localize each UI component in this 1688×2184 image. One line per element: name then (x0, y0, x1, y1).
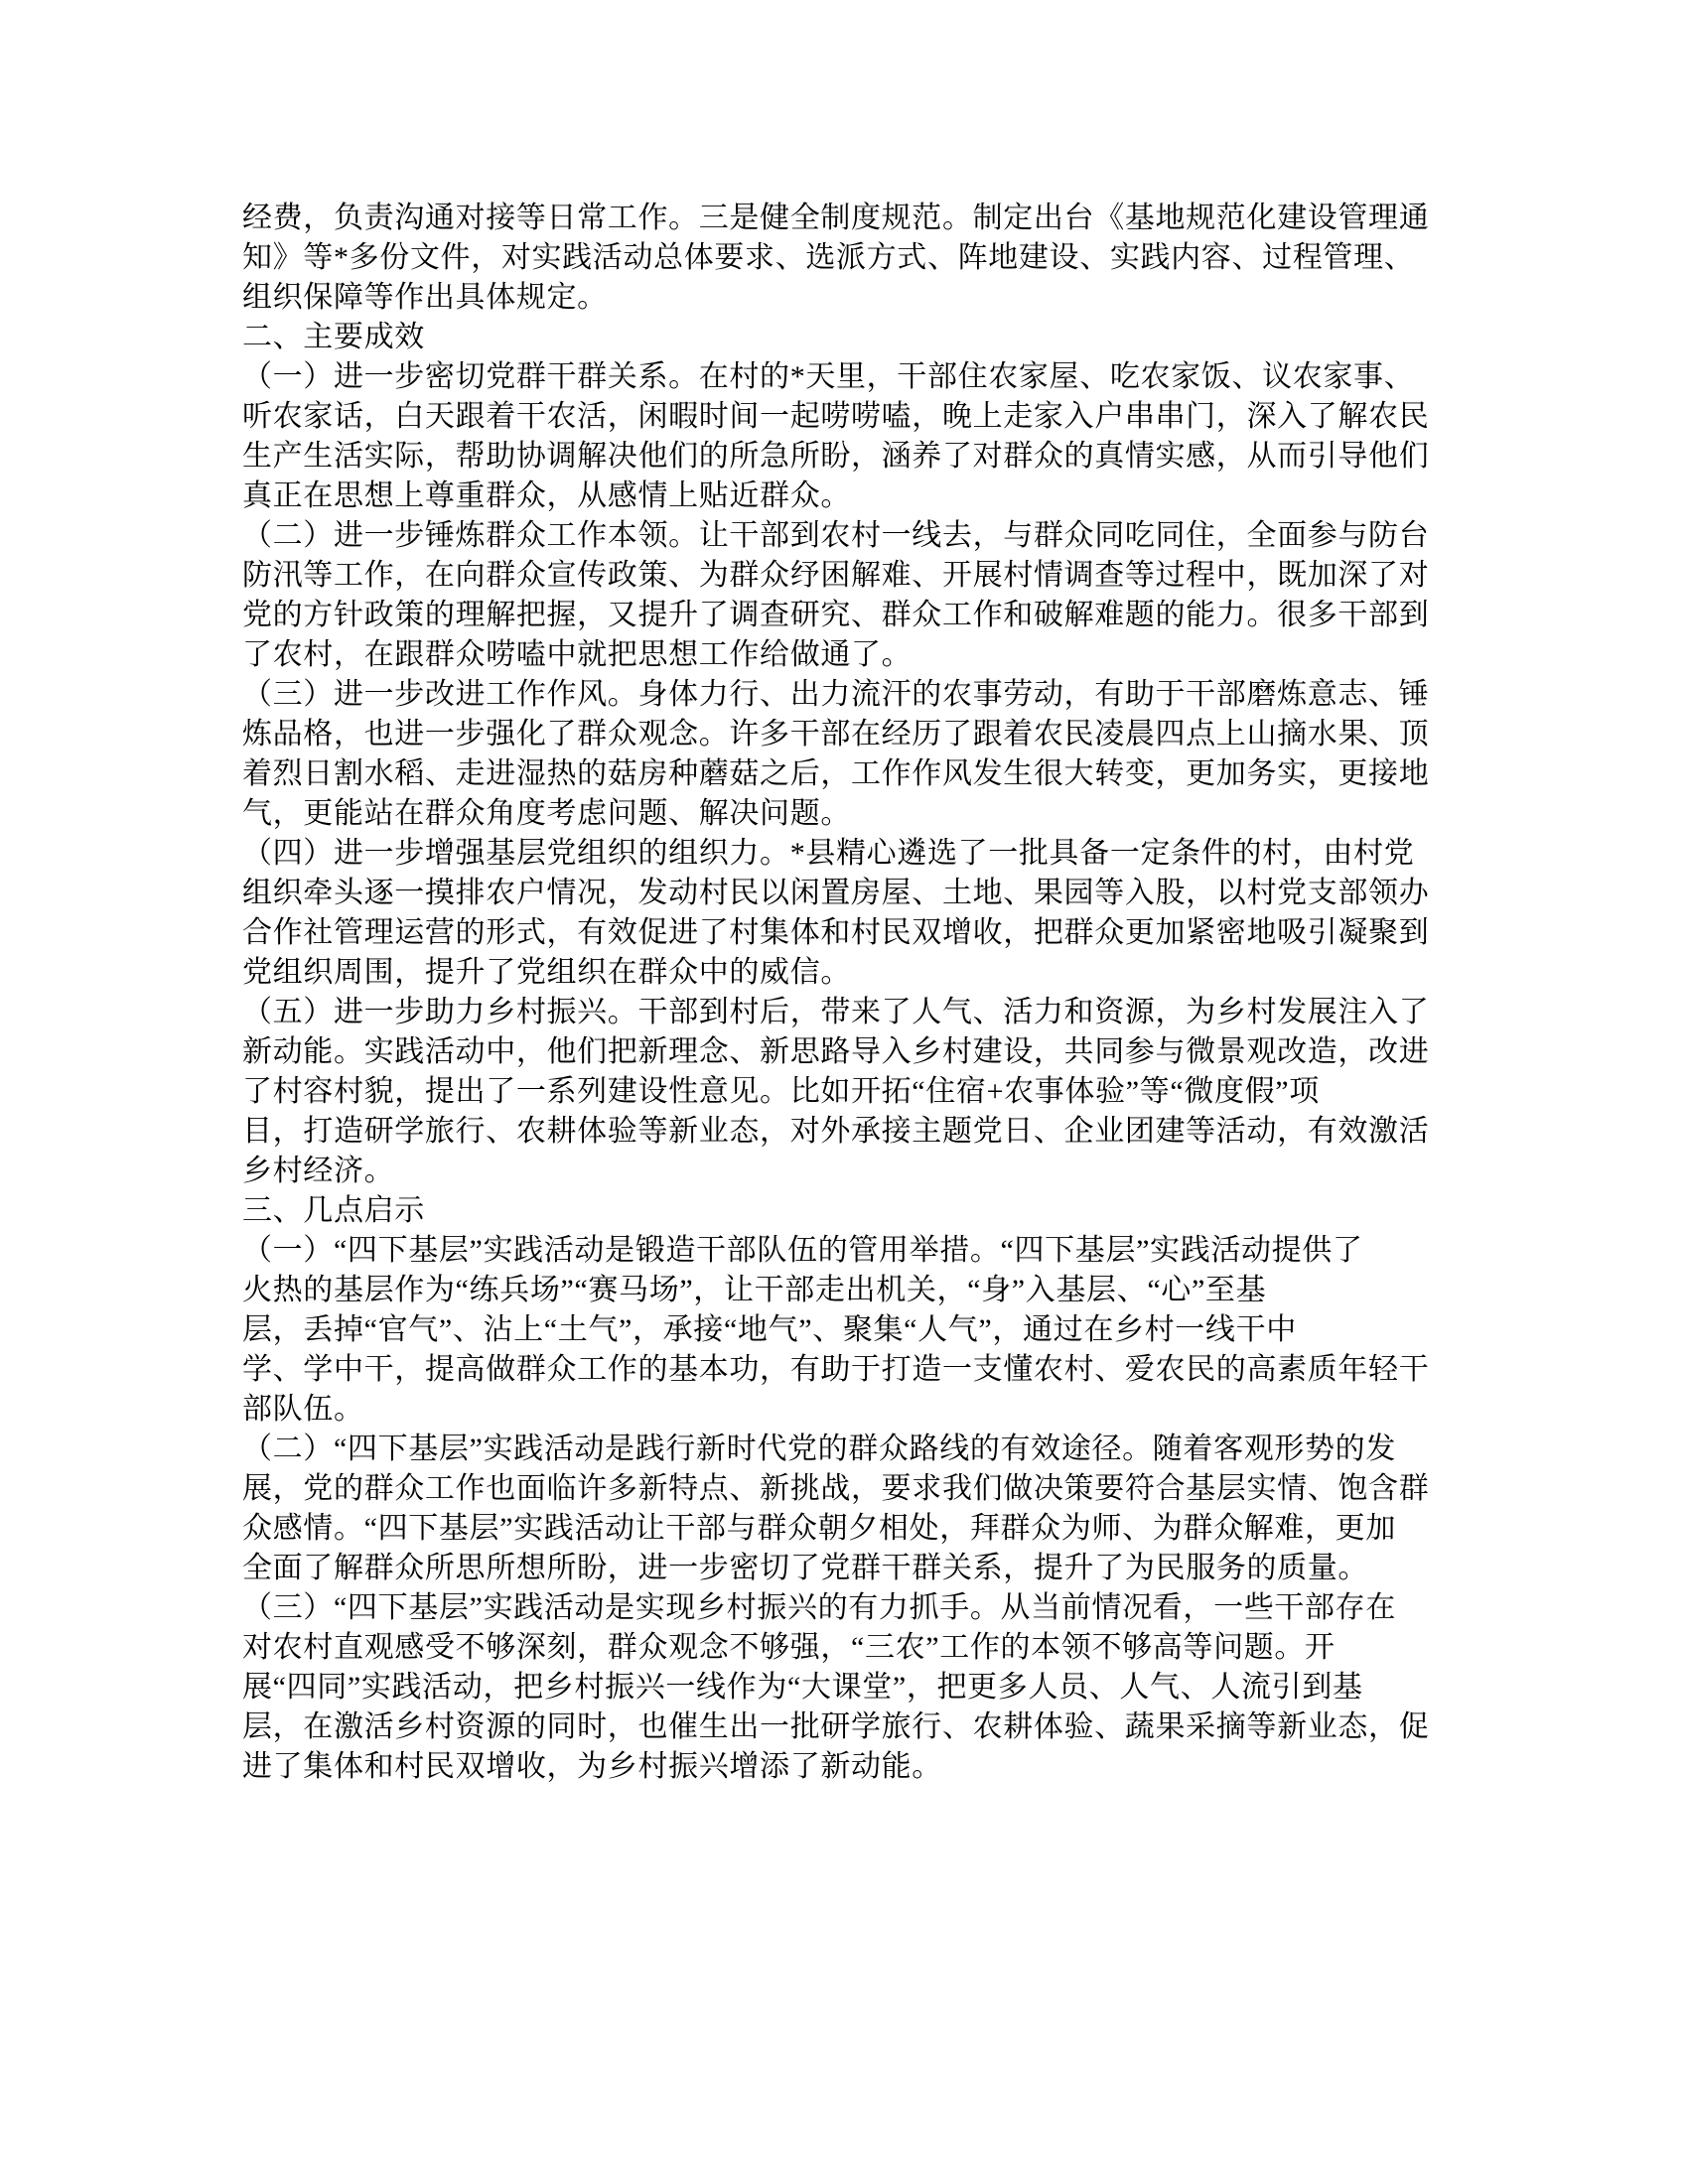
document-line: 部队伍。 (242, 1390, 1454, 1430)
document-line: 组织牵头逐一摸排农户情况，发动村民以闲置房屋、土地、果园等入股，以村党支部领办 (242, 874, 1454, 913)
section-heading: 二、主要成效 (242, 318, 1454, 357)
document-line: 火热的基层作为“练兵场”“赛马场”，让干部走出机关，“身”入基层、“心”至基 (242, 1271, 1454, 1310)
document-line: 目，打造研学旅行、农耕体验等新业态，对外承接主题党日、企业团建等活动，有效激活 (242, 1112, 1454, 1152)
document-line: 乡村经济。 (242, 1152, 1454, 1191)
document-line: 知》等*多份文件，对实践活动总体要求、选派方式、阵地建设、实践内容、过程管理、 (242, 238, 1454, 278)
document-line: 对农村直观感受不够深刻，群众观念不够强，“三农”工作的本领不够高等问题。开 (242, 1628, 1454, 1668)
document-line: 展，党的群众工作也面临许多新特点、新挑战，要求我们做决策要符合基层实情、饱含群 (242, 1469, 1454, 1509)
document-line: 气，更能站在群众角度考虑问题、解决问题。 (242, 794, 1454, 834)
document-line: （一）进一步密切党群干群关系。在村的*天里，干部住农家屋、吃农家饭、议农家事、 (242, 357, 1454, 397)
document-page: 经费，负责沟通对接等日常工作。三是健全制度规范。制定出台《基地规范化建设管理通 … (0, 0, 1688, 2184)
document-line: 层，丢掉“官气”、沾上“土气”，承接“地气”、聚集“人气”，通过在乡村一线干中 (242, 1310, 1454, 1350)
document-line: 组织保障等作出具体规定。 (242, 278, 1454, 318)
document-line: （三）进一步改进工作作风。身体力行、出力流汗的农事劳动，有助于干部磨炼意志、锤 (242, 675, 1454, 715)
document-line: （四）进一步增强基层党组织的组织力。*县精心遴选了一批具备一定条件的村，由村党 (242, 834, 1454, 874)
document-line: 新动能。实践活动中，他们把新理念、新思路导入乡村建设，共同参与微景观改造，改进 (242, 1032, 1454, 1072)
document-line: 听农家话，白天跟着干农活，闲暇时间一起唠唠嗑，晚上走家入户串串门，深入了解农民 (242, 397, 1454, 437)
document-line: 了村容村貌，提出了一系列建设性意见。比如开拓“住宿+农事体验”等“微度假”项 (242, 1072, 1454, 1112)
document-line: （二）“四下基层”实践活动是践行新时代党的群众路线的有效途径。随着客观形势的发 (242, 1430, 1454, 1469)
document-line: 合作社管理运营的形式，有效促进了村集体和村民双增收，把群众更加紧密地吸引凝聚到 (242, 913, 1454, 953)
document-body: 经费，负责沟通对接等日常工作。三是健全制度规范。制定出台《基地规范化建设管理通 … (242, 199, 1454, 1787)
document-line: 党组织周围，提升了党组织在群众中的威信。 (242, 953, 1454, 993)
document-line: 党的方针政策的理解把握，又提升了调查研究、群众工作和破解难题的能力。很多干部到 (242, 596, 1454, 635)
document-line: （二）进一步锤炼群众工作本领。让干部到农村一线去，与群众同吃同住，全面参与防台 (242, 516, 1454, 556)
document-line: 进了集体和村民双增收，为乡村振兴增添了新动能。 (242, 1747, 1454, 1787)
document-line: （一）“四下基层”实践活动是锻造干部队伍的管用举措。“四下基层”实践活动提供了 (242, 1231, 1454, 1271)
document-line: 真正在思想上尊重群众，从感情上贴近群众。 (242, 477, 1454, 516)
document-line: （五）进一步助力乡村振兴。干部到村后，带来了人气、活力和资源，为乡村发展注入了 (242, 993, 1454, 1032)
document-line: 众感情。“四下基层”实践活动让干部与群众朝夕相处，拜群众为师、为群众解难，更加 (242, 1509, 1454, 1549)
document-line: 生产生活实际，帮助协调解决他们的所急所盼，涵养了对群众的真情实感，从而引导他们 (242, 437, 1454, 477)
document-line: 炼品格，也进一步强化了群众观念。许多干部在经历了跟着农民凌晨四点上山摘水果、顶 (242, 715, 1454, 754)
document-line: 了农村，在跟群众唠嗑中就把思想工作给做通了。 (242, 635, 1454, 675)
document-line: （三）“四下基层”实践活动是实现乡村振兴的有力抓手。从当前情况看，一些干部存在 (242, 1588, 1454, 1628)
document-line: 展“四同”实践活动，把乡村振兴一线作为“大课堂”，把更多人员、人气、人流引到基 (242, 1668, 1454, 1707)
document-line: 着烈日割水稻、走进湿热的菇房种蘑菇之后，工作作风发生很大转变，更加务实，更接地 (242, 754, 1454, 794)
document-line: 层，在激活乡村资源的同时，也催生出一批研学旅行、农耕体验、蔬果采摘等新业态，促 (242, 1707, 1454, 1747)
document-line: 经费，负责沟通对接等日常工作。三是健全制度规范。制定出台《基地规范化建设管理通 (242, 199, 1454, 238)
document-line: 学、学中干，提高做群众工作的基本功，有助于打造一支懂农村、爱农民的高素质年轻干 (242, 1350, 1454, 1390)
document-line: 防汛等工作，在向群众宣传政策、为群众纾困解难、开展村情调查等过程中，既加深了对 (242, 556, 1454, 596)
section-heading: 三、几点启示 (242, 1191, 1454, 1231)
document-line: 全面了解群众所思所想所盼，进一步密切了党群干群关系，提升了为民服务的质量。 (242, 1549, 1454, 1588)
